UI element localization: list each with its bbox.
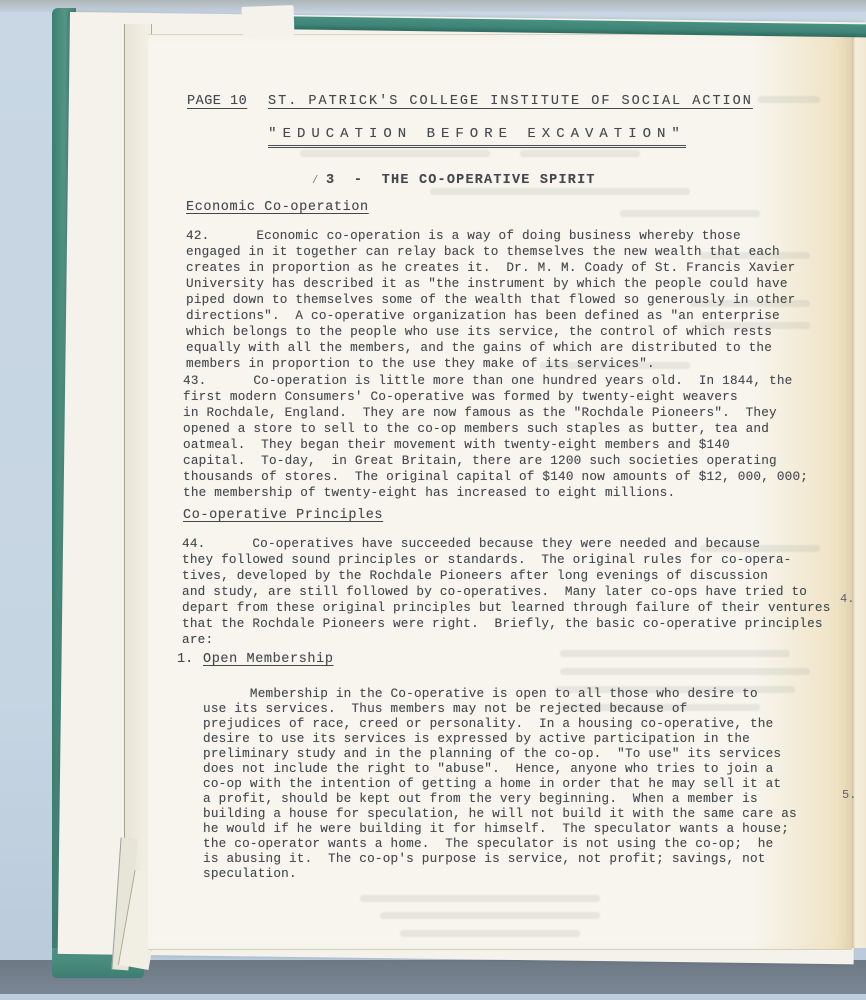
document-title: "EDUCATION BEFORE EXCAVATION" [197,124,757,142]
institution-title: ST. PATRICK'S COLLEGE INSTITUTE OF SOCIA… [268,94,753,109]
bleed-through-text [560,650,790,657]
bleed-through-text [620,210,760,217]
scanner-top-strip [0,0,866,12]
bleed-through-text [400,930,580,937]
bleed-through-text [560,668,810,675]
section-subtitle-text: 3 - THE CO-OPERATIVE SPIRIT [326,173,596,188]
bleed-through-text [520,150,640,157]
bleed-through-text [380,912,600,919]
scanner-bottom-strip [0,994,866,1000]
document-title-text: "EDUCATION BEFORE EXCAVATION" [268,126,686,148]
paragraph-42: 42. Economic co-operation is a way of do… [186,228,795,372]
bleed-through-text [758,96,820,103]
page-number-label: PAGE 10 [187,94,247,109]
bleed-through-text [300,150,490,157]
heading-open-membership: Open Membership [203,652,334,667]
page-top-corner [241,5,294,37]
page-fore-edge [852,36,866,948]
bleed-through-text [360,895,600,902]
heading-economic-cooperation: Economic Co-operation [186,200,369,215]
edge-note-5: 5. [842,788,856,802]
open-membership-number: 1. [177,652,193,667]
scanned-book-photo: PAGE 10 ST. PATRICK'S COLLEGE INSTITUTE … [0,0,866,1000]
paragraph-43: 43. Co-operation is little more than one… [183,373,808,501]
heading-cooperative-principles: Co-operative Principles [183,508,383,523]
tick-mark: ⁄ [312,173,320,187]
section-subtitle: ⁄3 - THE CO-OPERATIVE SPIRIT [155,158,715,203]
paragraph-44: 44. Co-operatives have succeeded because… [182,536,831,648]
paragraph-open-membership: Membership in the Co-operative is open t… [203,686,797,881]
edge-note-4: 4. [840,592,854,606]
